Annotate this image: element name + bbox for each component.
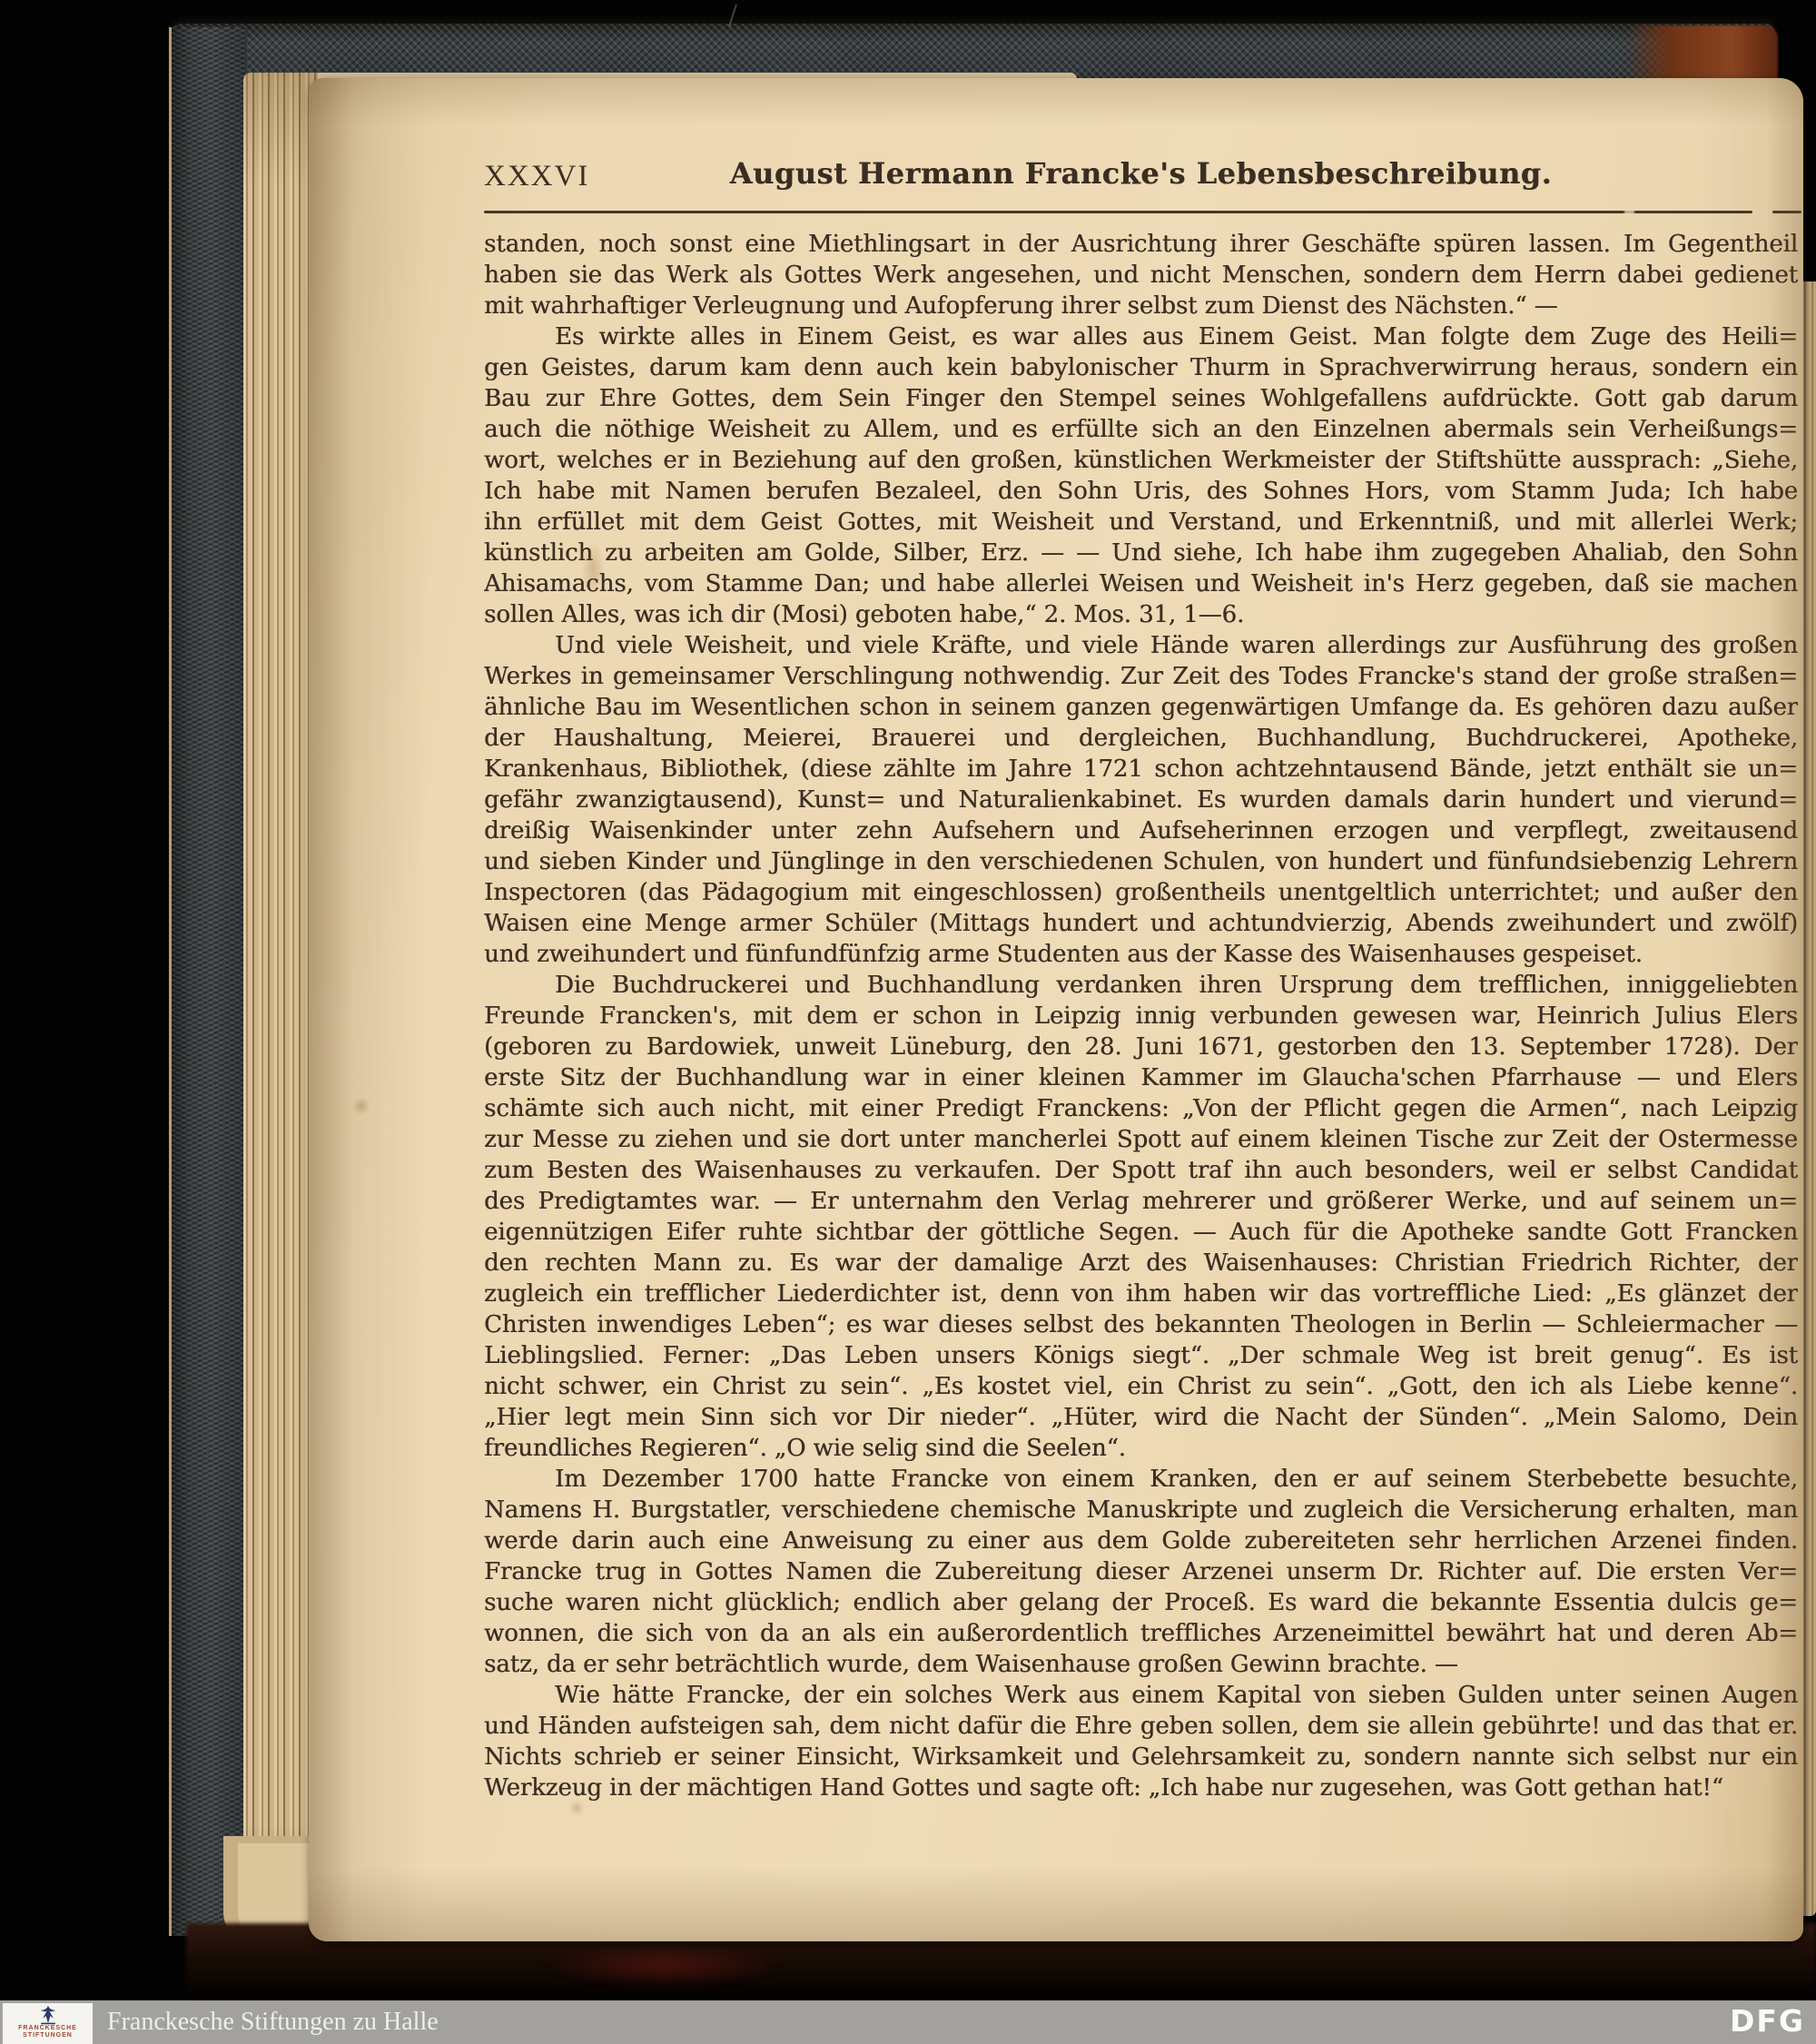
text-line: Krankenhaus, Bibliothek, (diese zählte i… — [484, 754, 1798, 785]
text-line: mit wahrhaftiger Verleugnung und Aufopfe… — [484, 291, 1798, 321]
text-line: Inspectoren (das Pädagogium mit eingesch… — [484, 877, 1798, 908]
text-line: Es wirkte alles in Einem Geist, es war a… — [484, 321, 1798, 352]
text-line: nicht schwer, ein Christ zu sein“. „Es k… — [484, 1371, 1798, 1402]
text-line: Bau zur Ehre Gottes, dem Sein Finger den… — [484, 383, 1798, 414]
page-header: XXXVI August Hermann Francke's Lebensbes… — [484, 154, 1798, 196]
foxing-stain — [352, 1097, 370, 1115]
paragraph: Es wirkte alles in Einem Geist, es war a… — [484, 321, 1798, 630]
paragraph: Wie hätte Francke, der ein solches Werk … — [484, 1680, 1798, 1803]
text-line: Francke trug in Gottes Namen die Zuberei… — [484, 1556, 1798, 1587]
text-line: Lieblingslied. Ferner: „Das Leben unsers… — [484, 1340, 1798, 1371]
logo-caption-line1: FRANCKESCHE — [18, 2025, 77, 2032]
text-line: standen, noch sonst eine Miethlingsart i… — [484, 229, 1798, 260]
footer-bar: FRANCKESCHE STIFTUNGEN Franckesche Stift… — [0, 2000, 1816, 2044]
text-line: der Haushaltung, Meierei, Brauerei und d… — [484, 723, 1798, 754]
text-line: des Predigtamtes war. — Er unternahm den… — [484, 1186, 1798, 1217]
scan-background: { "page": { "folio": "XXXVI", "running_t… — [0, 0, 1816, 2044]
text-line: zugleich ein trefflicher Liederdichter i… — [484, 1279, 1798, 1309]
text-line: wonnen, die sich von da an als ein außer… — [484, 1618, 1798, 1649]
text-line: freundliches Regieren“. „O wie selig sin… — [484, 1433, 1798, 1464]
page-stack-left-edge — [243, 73, 318, 1936]
book-page: XXXVI August Hermann Francke's Lebensbes… — [309, 78, 1803, 1941]
running-title: August Hermann Francke's Lebensbeschreib… — [484, 156, 1798, 191]
text-line: werde darin auch eine Anweisung zu einer… — [484, 1526, 1798, 1556]
paragraph: Im Dezember 1700 hatte Francke von einem… — [484, 1464, 1798, 1680]
text-line: gefähr zwanzigtausend), Kunst= und Natur… — [484, 785, 1798, 815]
text-line: zum Besten des Waisenhauses zu verkaufen… — [484, 1155, 1798, 1186]
paragraph: standen, noch sonst eine Miethlingsart i… — [484, 229, 1798, 321]
text-line: und sieben Kinder und Jünglinge in den v… — [484, 846, 1798, 877]
header-rule-dash — [1772, 211, 1801, 213]
text-line: satz, da er sehr beträchtlich wurde, dem… — [484, 1649, 1798, 1680]
text-line: Und viele Weisheit, und viele Kräfte, un… — [484, 630, 1798, 661]
text-line: Waisen eine Menge armer Schüler (Mittags… — [484, 908, 1798, 939]
eagle-emblem-icon — [36, 2005, 60, 2025]
text-line: „Hier legt mein Sinn sich vor Dir nieder… — [484, 1402, 1798, 1433]
text-line: Werkes in gemeinsamer Verschlingung noth… — [484, 661, 1798, 692]
page-text: standen, noch sonst eine Miethlingsart i… — [484, 229, 1798, 1803]
paragraph: Und viele Weisheit, und viele Kräfte, un… — [484, 630, 1798, 970]
printed-page-content: XXXVI August Hermann Francke's Lebensbes… — [309, 78, 1803, 1941]
text-line: schämte sich auch nicht, mit einer Predi… — [484, 1093, 1798, 1124]
text-line: gen Geistes, darum kam denn auch kein ba… — [484, 352, 1798, 383]
text-line: Freunde Francken's, mit dem er schon in … — [484, 1001, 1798, 1032]
text-line: sollen Alles, was ich dir (Mosi) geboten… — [484, 599, 1798, 630]
header-rule — [484, 211, 1752, 213]
paragraph: Die Buchdruckerei und Buchhandlung verda… — [484, 970, 1798, 1464]
text-line: Wie hätte Francke, der ein solches Werk … — [484, 1680, 1798, 1711]
library-name-label: Franckesche Stiftungen zu Halle — [107, 2000, 439, 2044]
franckesche-stiftungen-logo: FRANCKESCHE STIFTUNGEN — [3, 2003, 93, 2044]
text-line: Christen inwendiges Leben“; es war diese… — [484, 1309, 1798, 1340]
text-line: (geboren zu Bardowiek, unweit Lüneburg, … — [484, 1032, 1798, 1062]
text-line: und Händen aufsteigen sah, dem nicht daf… — [484, 1711, 1798, 1742]
book-bottom-shadow-tint — [545, 1943, 781, 1987]
text-line: Die Buchdruckerei und Buchhandlung verda… — [484, 970, 1798, 1001]
text-line: und zweihundert und fünfundfünfzig arme … — [484, 939, 1798, 970]
text-line: suche waren nicht glücklich; endlich abe… — [484, 1587, 1798, 1618]
text-line: Im Dezember 1700 hatte Francke von einem… — [484, 1464, 1798, 1495]
logo-caption-line2: STIFTUNGEN — [23, 2032, 73, 2039]
text-line: wort, welches er in Beziehung auf den gr… — [484, 445, 1798, 476]
dfg-logo: DFG — [1730, 2000, 1805, 2044]
cover-corner-rust — [1625, 25, 1778, 85]
text-line: Werkzeug in der mächtigen Hand Gottes un… — [484, 1772, 1798, 1803]
text-line: zur Messe zu ziehen und sie dort unter m… — [484, 1124, 1798, 1155]
text-line: künstlich zu arbeiten am Golde, Silber, … — [484, 538, 1798, 568]
book-cover-left-edge — [169, 27, 247, 1936]
text-line: erste Sitz der Buchhandlung war in einer… — [484, 1062, 1798, 1093]
text-line: ihn erfüllet mit dem Geist Gottes, mit W… — [484, 507, 1798, 538]
text-line: auch die nöthige Weisheit zu Allem, und … — [484, 414, 1798, 445]
text-line: Ahisamachs, vom Stamme Dan; und habe all… — [484, 568, 1798, 599]
text-line: eigennützigen Eifer ruhte sichtbar der g… — [484, 1217, 1798, 1248]
text-line: Nichts schrieb er seiner Einsicht, Wirks… — [484, 1742, 1798, 1772]
text-line: ähnliche Bau im Wesentlichen schon in se… — [484, 692, 1798, 723]
text-line: Ich habe mit Namen berufen Bezaleel, den… — [484, 476, 1798, 507]
fore-edge-pages — [1801, 281, 1816, 1916]
text-line: haben sie das Werk als Gottes Werk anges… — [484, 260, 1798, 291]
text-line: dreißig Waisenkinder unter zehn Aufseher… — [484, 815, 1798, 846]
text-line: den rechten Mann zu. Es war der damalige… — [484, 1248, 1798, 1279]
text-line: Namens H. Burgstatler, verschiedene chem… — [484, 1495, 1798, 1526]
